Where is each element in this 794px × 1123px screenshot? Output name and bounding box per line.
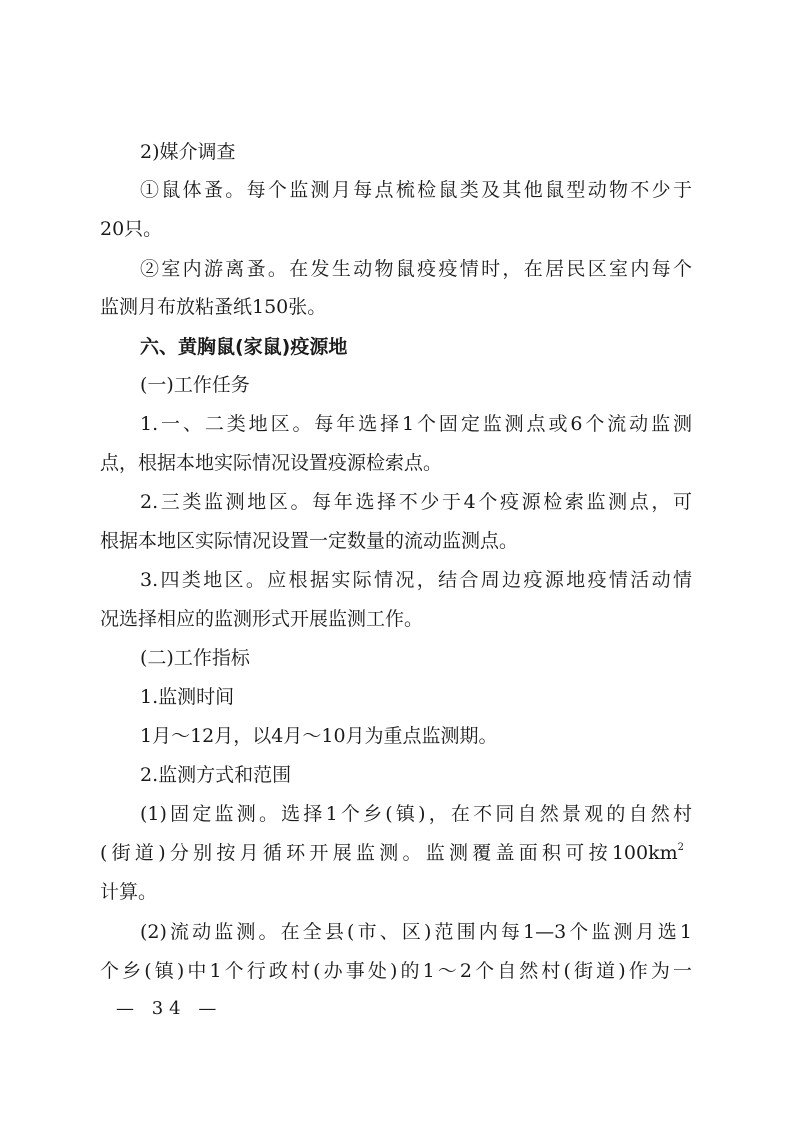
paragraph-line: 计算。 bbox=[100, 880, 692, 904]
paragraph-line: 20只。 bbox=[100, 217, 692, 241]
subheading-work-tasks: (一)工作任务 bbox=[140, 373, 692, 397]
subheading-vector-survey: 2)媒介调查 bbox=[140, 140, 692, 164]
subheading-monitoring-method: 2.监测方式和范围 bbox=[140, 763, 692, 787]
paragraph-line: ①鼠体蚤。每个监测月每点梳检鼠类及其他鼠型动物不少于 bbox=[140, 178, 692, 202]
paragraph-line: ②室内游离蚤。在发生动物鼠疫疫情时，在居民区室内每个 bbox=[140, 257, 692, 281]
subheading-monitoring-time: 1.监测时间 bbox=[140, 685, 692, 709]
paragraph-line: 点，根据本地实际情况设置疫源检索点。 bbox=[100, 451, 692, 475]
paragraph-line: 1月～12月，以4月～10月为重点监测期。 bbox=[140, 724, 692, 748]
superscript: 2 bbox=[678, 842, 684, 853]
document-page: 2)媒介调查 ①鼠体蚤。每个监测月每点梳检鼠类及其他鼠型动物不少于 20只。 ②… bbox=[0, 0, 794, 1123]
paragraph-line: 监测月布放粘蚤纸150张。 bbox=[100, 295, 692, 319]
paragraph-line: 3.四类地区。应根据实际情况，结合周边疫源地疫情活动情 bbox=[140, 568, 692, 592]
line-text: (街道)分别按月循环开展监测。监测覆盖面积可按100km bbox=[100, 842, 678, 864]
subheading-work-indicators: (二)工作指标 bbox=[140, 646, 692, 670]
paragraph-line-with-superscript: (街道)分别按月循环开展监测。监测覆盖面积可按100km2 bbox=[100, 841, 684, 865]
paragraph-line: 况选择相应的监测形式开展监测工作。 bbox=[100, 607, 692, 631]
paragraph-line: (2)流动监测。在全县(市、区)范围内每1—3个监测月选1 bbox=[140, 920, 692, 944]
paragraph-line: 1.一、二类地区。每年选择1个固定监测点或6个流动监测 bbox=[140, 412, 692, 436]
paragraph-line: 个乡(镇)中1个行政村(办事处)的1～2个自然村(街道)作为一 bbox=[100, 959, 692, 983]
page-number: — 34 — bbox=[116, 998, 222, 1019]
paragraph-line: 2.三类监测地区。每年选择不少于4个疫源检索监测点，可 bbox=[140, 490, 692, 514]
section-heading: 六、黄胸鼠(家鼠)疫源地 bbox=[140, 335, 692, 359]
paragraph-line: (1)固定监测。选择1个乡(镇)，在不同自然景观的自然村 bbox=[140, 802, 692, 826]
paragraph-line: 根据本地区实际情况设置一定数量的流动监测点。 bbox=[100, 529, 692, 553]
